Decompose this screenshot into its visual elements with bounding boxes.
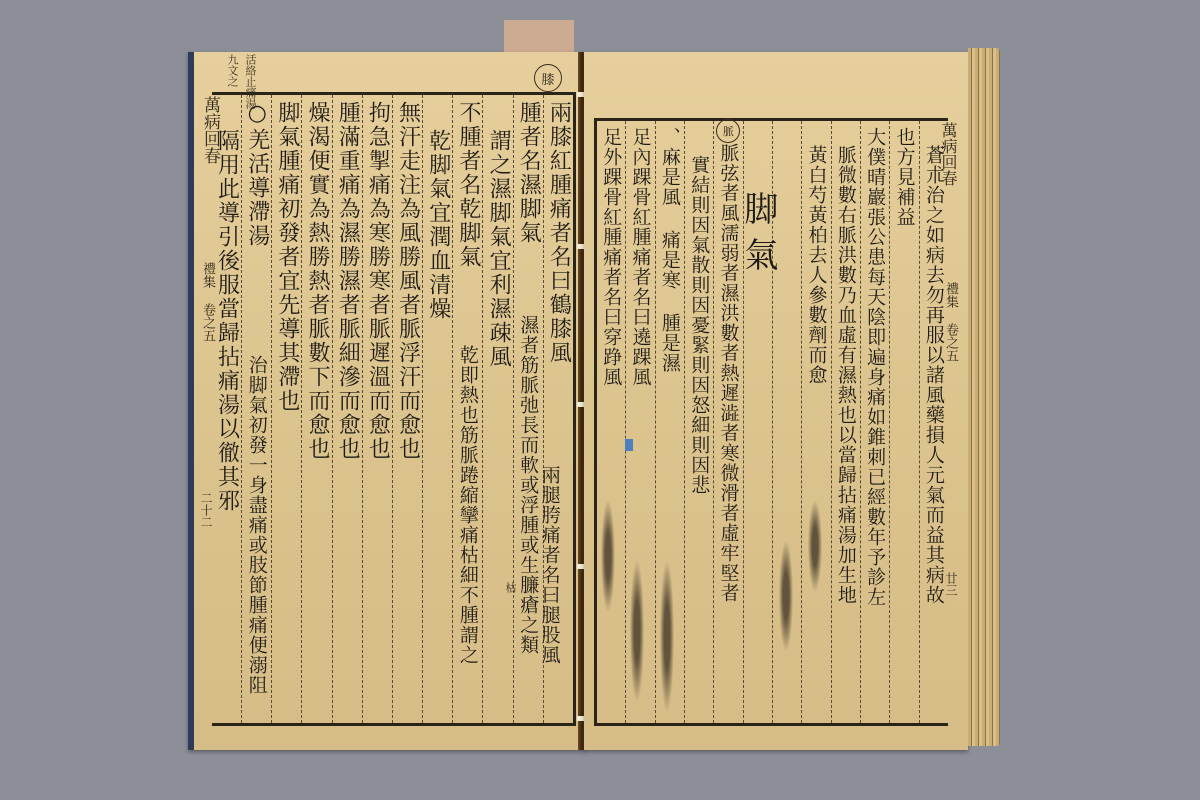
text-column: 不腫者名乾脚氣乾即熱也筋脈踡縮攣痛枯細不腫謂之	[452, 95, 482, 723]
ink-smudge	[601, 501, 615, 611]
open-book: 萬病回春 禮集 卷之五 二十二 九文之 活絡止痛湯 膝 兩膝紅腫痛者名曰鶴膝風兩…	[180, 44, 1010, 756]
left-text-frame: 兩膝紅腫痛者名曰鶴膝風兩腿胯痛者名曰腿股風 腫者名濕脚氣濕者筋脈弛長而軟或浮腫或…	[212, 92, 576, 726]
text-column: 腫者名濕脚氣濕者筋脈弛長而軟或浮腫或生臁瘡之類	[513, 95, 543, 723]
ink-smudge	[808, 501, 822, 591]
text-column: ○羌活導滯湯治脚氣初發一身盡痛或肢節腫痛便溺阻	[241, 95, 271, 723]
text-column: 無汗走注為風勝風者脈浮汗而愈也	[392, 95, 422, 723]
text-column: 脚氣腫痛初發者宜先導其滯也	[271, 95, 301, 723]
text-column: 脈脈弦者風濡弱者濕洪數者熱遲澁者寒微滑者虛牢堅者	[713, 121, 742, 723]
right-columns: 蒼朮治之如病去勿再服以諸風藥損人元氣而益其病故 也方見補益 大僕晴巖張公患每天陰…	[597, 121, 948, 723]
text-column: 謂之濕脚氣宜利濕疎風	[482, 95, 512, 723]
paper-tab	[504, 20, 574, 52]
corner-seal: 膝	[534, 64, 562, 92]
text-column: 乾脚氣宜潤血清燥	[422, 95, 452, 723]
text-column: 足內踝骨紅腫痛者名曰遶踝風	[625, 121, 654, 723]
left-page: 萬病回春 禮集 卷之五 二十二 九文之 活絡止痛湯 膝 兩膝紅腫痛者名曰鶴膝風兩…	[188, 52, 586, 750]
ink-smudge	[630, 561, 644, 701]
text-column: 隔用此導引後服當歸拈痛湯以徹其邪	[212, 95, 241, 723]
section-title: 脚氣	[744, 191, 772, 283]
text-column: 、麻是風 痛是寒 腫是濕	[655, 121, 684, 723]
circle-mark: 脈	[716, 119, 740, 143]
ink-smudge	[779, 541, 793, 651]
text-column: 足外踝骨紅腫痛者名曰穿踭風	[597, 121, 625, 723]
text-column: 腫滿重痛為濕勝濕者脈細滲而愈也	[332, 95, 362, 723]
text-column: 脈微數右脈洪數乃血虛有濕熱也以當歸拈痛湯加生地	[831, 121, 860, 723]
top-annotation: 九文之	[224, 54, 240, 87]
text-column: 黃白芍黃柏去人參數劑而愈	[801, 121, 830, 723]
text-column: 拘急掣痛為寒勝寒者脈遲溫而愈也	[362, 95, 392, 723]
text-column: 也方見補益	[889, 121, 918, 723]
right-text-frame: 蒼朮治之如病去勿再服以諸風藥損人元氣而益其病故 也方見補益 大僕晴巖張公患每天陰…	[594, 118, 948, 726]
page-edges	[968, 48, 1000, 746]
right-page: 萬病回春 禮集 卷之五 廿三 蒼朮治之如病去勿再服以諸風藥損人元氣而益其病故 也…	[584, 52, 968, 750]
text-column: 大僕晴巖張公患每天陰即遍身痛如錐刺已經數年予診左	[860, 121, 889, 723]
text-column: 兩膝紅腫痛者名曰鶴膝風兩腿胯痛者名曰腿股風	[543, 95, 573, 723]
side-note: 枯	[502, 582, 518, 593]
text-column: 燥渴便實為熱勝熱者脈數下而愈也	[301, 95, 331, 723]
section-title-column: 脚氣	[743, 121, 772, 723]
text-column: 實結則因氣散則因憂緊則因怒細則因悲	[684, 121, 713, 723]
text-column: 蒼朮治之如病去勿再服以諸風藥損人元氣而益其病故	[919, 121, 948, 723]
ink-smudge	[660, 561, 674, 711]
left-columns: 兩膝紅腫痛者名曰鶴膝風兩腿胯痛者名曰腿股風 腫者名濕脚氣濕者筋脈弛長而軟或浮腫或…	[212, 95, 573, 723]
blue-marker	[625, 439, 633, 451]
